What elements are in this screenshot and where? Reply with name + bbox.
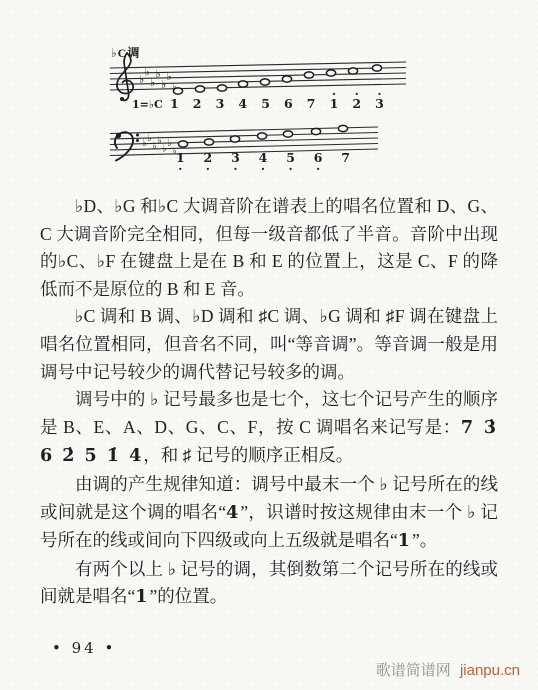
octave-dot: · [206, 166, 210, 172]
watermark: 歌谱简谱网 jianpu.cn [376, 659, 520, 680]
paragraph: ♭C 调和 B 调、♭D 调和 ♯C 调、♭G 调和 ♯F 调在键盘上唱名位置相… [40, 303, 498, 386]
paragraph: 调号中的 ♭ 记号最多也是七个，这七个记号产生的顺序是 B、E、A、D、G、C、… [40, 386, 498, 471]
bass-clef-icon [115, 132, 139, 160]
octave-dot: · [332, 91, 336, 97]
solfege-number: 3 [216, 97, 225, 111]
page-number: • 94 • [52, 639, 116, 657]
solfege-number: 1· [176, 151, 185, 165]
solfege-number: 2 [193, 97, 202, 111]
svg-text:♭: ♭ [156, 68, 161, 81]
treble-clef-icon [117, 53, 133, 101]
solfege-number: 4· [259, 151, 268, 165]
tonic-label: 1=♭C [132, 98, 163, 111]
solfege-number: 7 [341, 151, 350, 165]
solfege-number: 6· [314, 151, 323, 165]
paragraph: 由调的产生规律知道：调号中最末一个 ♭ 记号所在的线或间就是这个调的唱名“4”，… [40, 471, 498, 556]
svg-text:♭: ♭ [167, 70, 172, 83]
octave-dot: · [355, 91, 359, 97]
svg-text:♭: ♭ [150, 76, 155, 89]
solfege-number: 3· [375, 97, 384, 111]
solfege-number: 5· [286, 151, 295, 165]
watermark-site-name: 歌谱简谱网 [376, 662, 451, 679]
svg-text:♭: ♭ [139, 73, 144, 86]
solfege-number: 1· [330, 97, 339, 111]
octave-dot: · [233, 166, 237, 172]
solfege-number: 3· [231, 151, 240, 165]
paragraph: ♭D、♭G 和♭C 大调音阶在谱表上的唱名位置和 D、G、C 大调音阶完全相同，… [40, 193, 498, 303]
octave-dot: · [178, 166, 182, 172]
body-text: ♭D、♭G 和♭C 大调音阶在谱表上的唱名位置和 D、G、C 大调音阶完全相同，… [40, 193, 498, 612]
solfege-number: 2· [204, 151, 213, 165]
watermark-site-url: jianpu.cn [460, 662, 520, 679]
key-signature-flats: ♭ ♭ ♭ ♭ ♭ ♭ ♭ [142, 133, 177, 157]
solfege-number: 5 [261, 97, 270, 111]
octave-dot: · [316, 166, 320, 172]
staff1-solfege-row: 12345671·2·3· [170, 97, 384, 111]
solfege-number: 6 [284, 97, 293, 111]
staff2-solfege-row: 1·2·3·4·5·6·7 [176, 151, 350, 165]
solfege-number: 4 [238, 97, 247, 111]
scanned-page: ♭C调 ♭ ♭ ♭ ♭ ♭ ♭ ♭ [0, 0, 538, 690]
octave-dot: · [261, 166, 265, 172]
solfege-number: 7 [307, 97, 316, 111]
svg-text:♭: ♭ [161, 78, 166, 91]
solfege-number: 1 [170, 97, 179, 111]
solfege-number: 2· [352, 97, 361, 111]
paragraph: 有两个以上 ♭ 记号的调，其倒数第二个记号所在的线或间就是唱名“1”的位置。 [40, 556, 498, 612]
octave-dot: · [288, 166, 292, 172]
octave-dot: · [377, 91, 381, 97]
svg-text:♭: ♭ [145, 66, 150, 79]
